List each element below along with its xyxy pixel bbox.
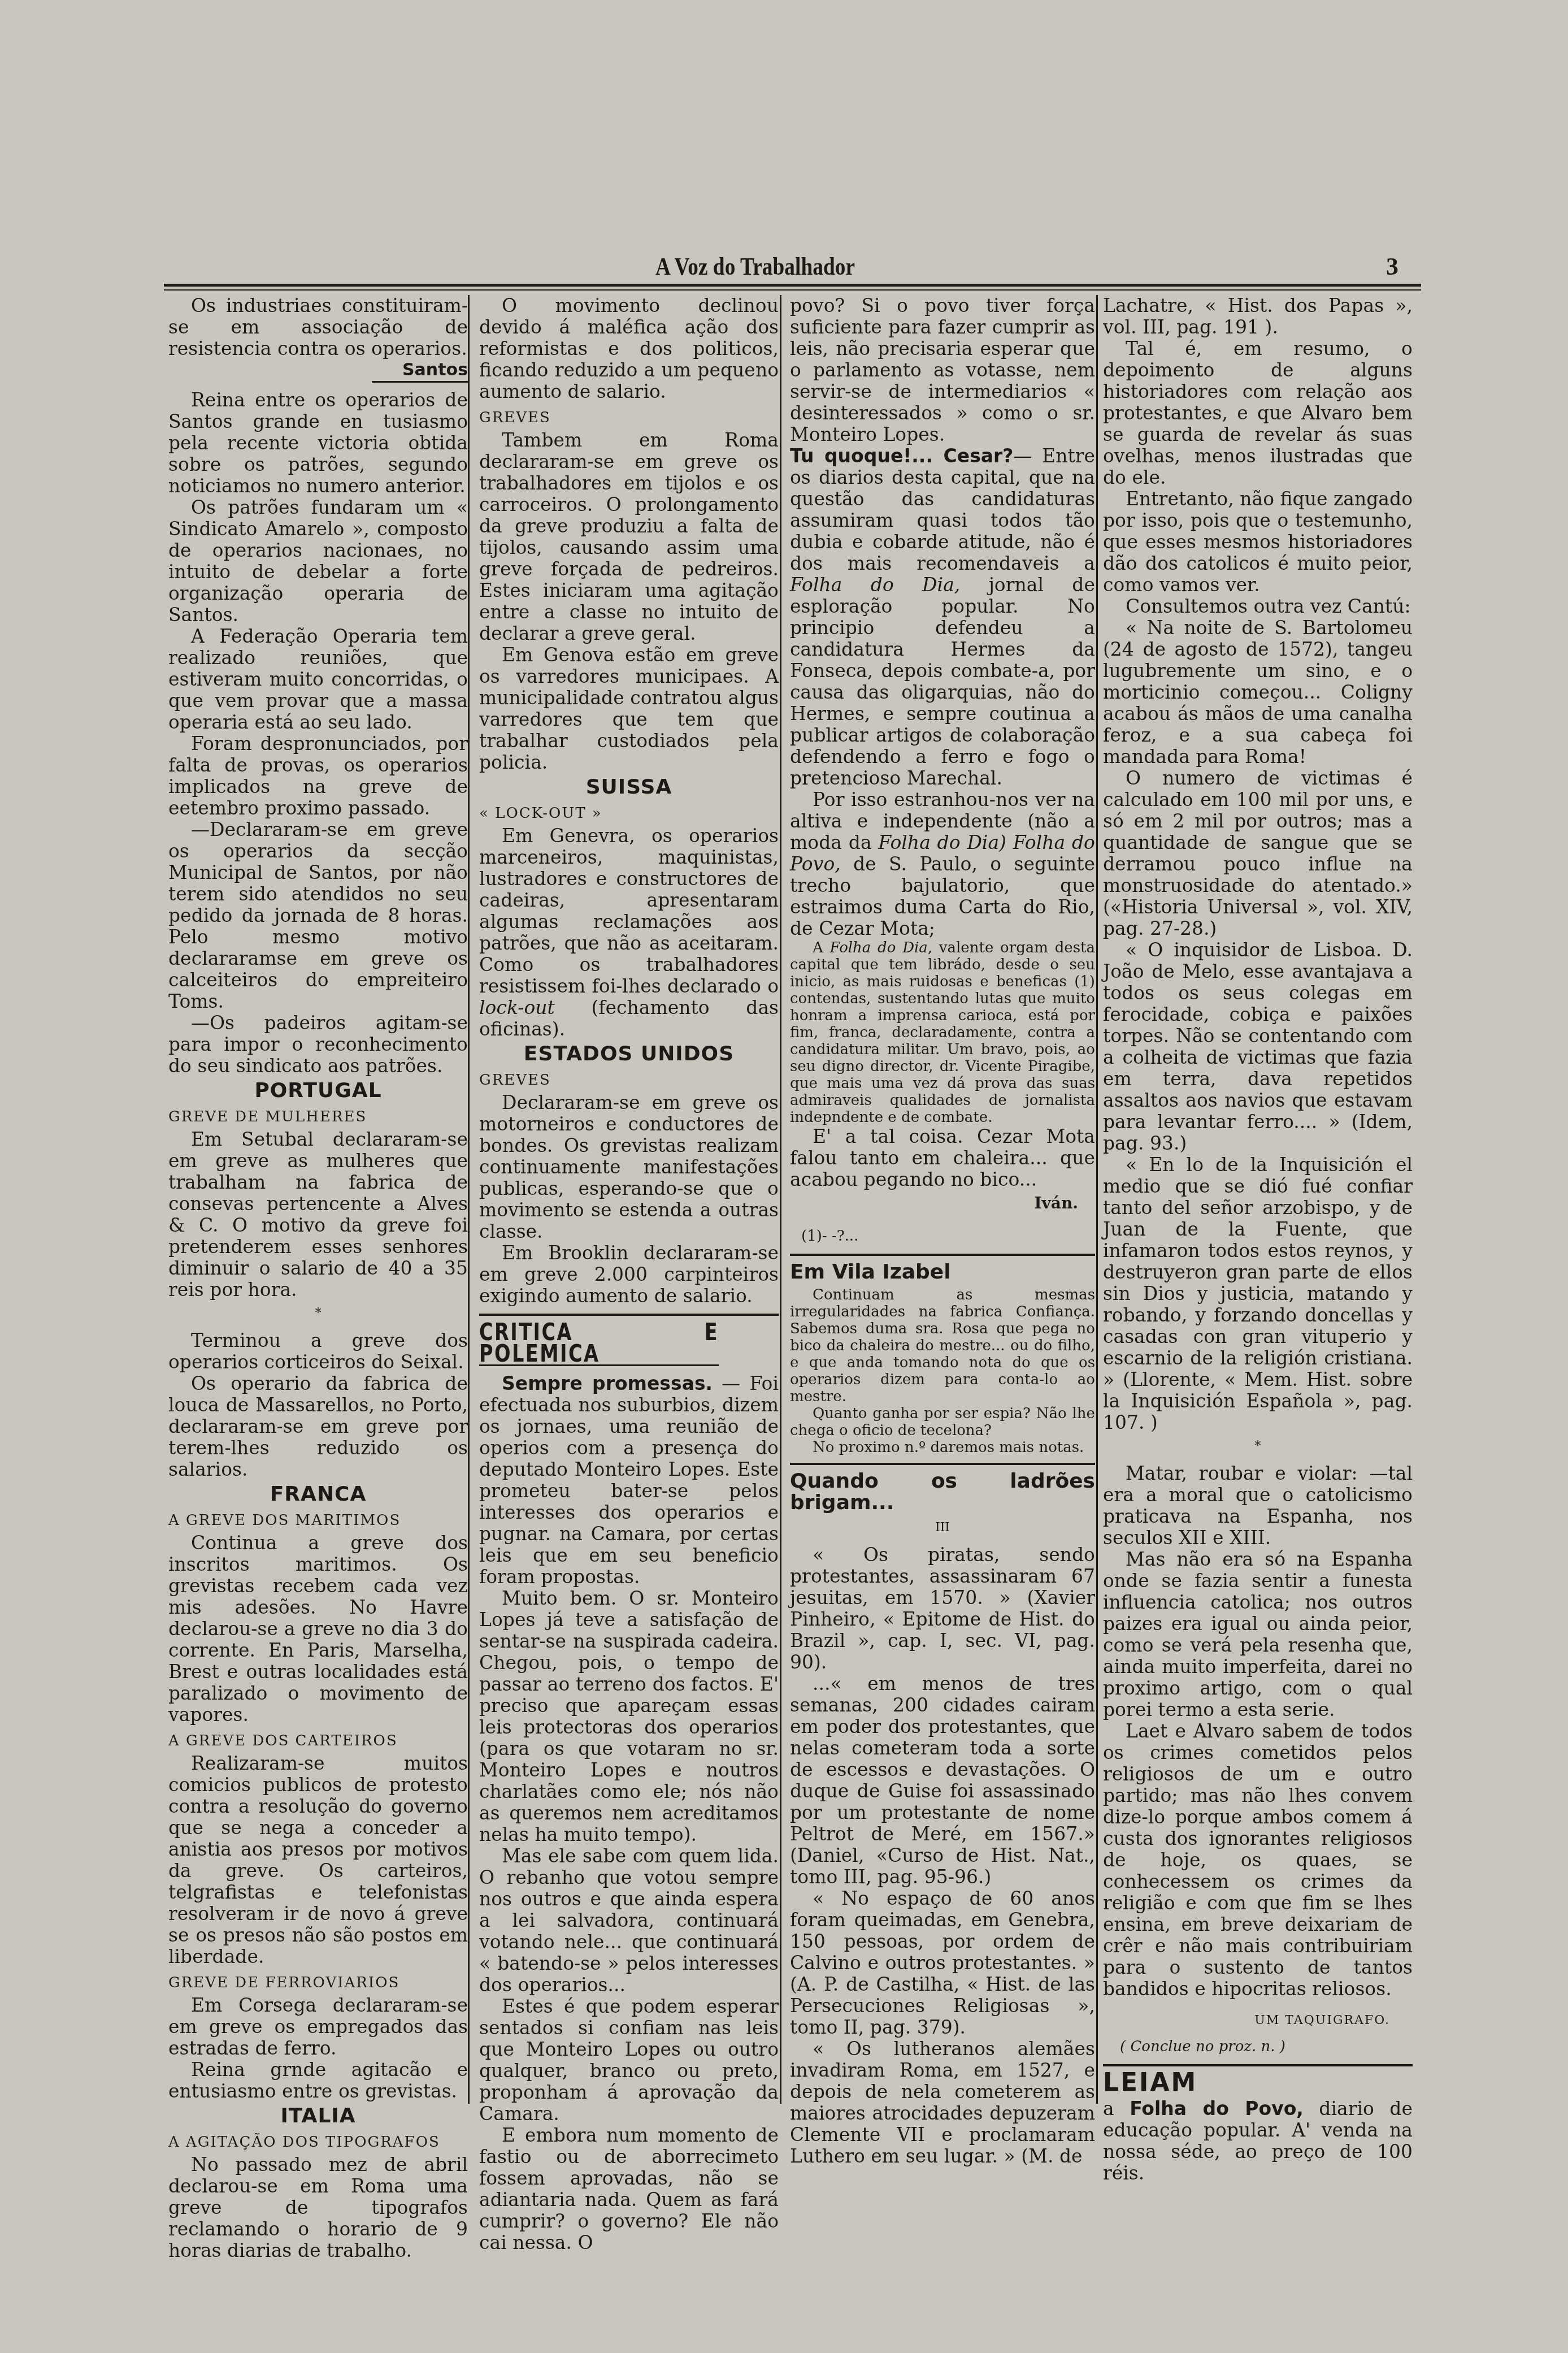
paragraph: « En lo de la Inquisición el medio que s… <box>1103 1154 1413 1433</box>
paragraph: Em Setubal declararam-se em greve as mul… <box>168 1129 468 1301</box>
article-title-vila-izabel: Em Vila Izabel <box>790 1262 1095 1283</box>
paragraph: O numero de victimas é calculado em 100 … <box>1103 768 1413 939</box>
newspaper-page: A Voz do Trabalhador 3 Os industriaes co… <box>164 249 1421 2114</box>
paragraph: « No espaço de 60 anos foram queimadas, … <box>790 1888 1095 2038</box>
text-run: A <box>813 939 830 956</box>
star-divider: * <box>1103 1436 1413 1457</box>
section-rule <box>790 1463 1095 1465</box>
paragraph: Tal é, em resumo, o depoimento de alguns… <box>1103 338 1413 488</box>
paragraph: O movimento declinou devido á maléfica a… <box>479 295 779 402</box>
paragraph: Em Genevra, os operarios marceneiros, ma… <box>479 825 779 1040</box>
paragraph: povo? Si o povo tiver força suficiente p… <box>790 295 1095 445</box>
paragraph: Declararam-se em greve os motorneiros e … <box>479 1092 779 1242</box>
column-2: O movimento declinou devido á maléfica a… <box>479 295 779 2254</box>
paragraph: No proximo n.º daremos mais notas. <box>790 1439 1095 1456</box>
publication-name: Folha do Povo, <box>1130 2098 1304 2120</box>
column-divider <box>780 295 781 2104</box>
paragraph: Mas ele sabe com quem lida. O rebanho qu… <box>479 1845 779 1996</box>
section-heading-santos: Santos <box>372 359 468 383</box>
masthead-rule-thin <box>164 289 1421 291</box>
ad-title-leiam: LEIAM <box>1103 2072 1413 2094</box>
italic-term: lock-out <box>479 996 555 1019</box>
star-divider: * <box>168 1303 468 1324</box>
paragraph: Os industriaes constituiram-se em associ… <box>168 295 468 359</box>
paragraph: Os patrões fundaram um « Sindicato Amare… <box>168 497 468 626</box>
paragraph: Estes é que podem esperar sentados si co… <box>479 1996 779 2125</box>
text-run: — Foi efectuada nos suburbios, dizem os … <box>479 1372 779 1588</box>
subheading: GREVES <box>479 407 779 428</box>
footnote: (1)- -?... <box>801 1225 1095 1247</box>
paragraph: Lachatre, « Hist. dos Papas », vol. III,… <box>1103 295 1413 338</box>
text-run: jornal de esploração popular. No princip… <box>790 574 1095 789</box>
subheading: GREVES <box>479 1069 779 1091</box>
paragraph: Em Brooklin declararam-se em greve 2.000… <box>479 1242 779 1307</box>
text-run: Em Genevra, os operarios marceneiros, ma… <box>479 825 779 997</box>
paragraph: Sempre promessas. — Foi efectuada nos su… <box>479 1373 779 1588</box>
paragraph: Consultemos outra vez Cantú: <box>1103 596 1413 617</box>
country-heading-portugal: PORTUGAL <box>168 1080 468 1102</box>
paragraph: Tu quoque!... Cesar?— Entre os diarios d… <box>790 445 1095 789</box>
paragraph: Por isso estranhou-nos ver na altiva e i… <box>790 789 1095 939</box>
text-run: a <box>1103 2098 1130 2120</box>
article-title-ladroes: Quando os ladrões brigam... <box>790 1471 1095 1514</box>
paragraph: « O inquisidor de Lisboa. D. João de Mel… <box>1103 939 1413 1154</box>
paragraph: E embora num momento de fastio ou de abo… <box>479 2125 779 2254</box>
paragraph: Continuam as mesmas irregularidades na f… <box>790 1286 1095 1405</box>
paragraph: « Os piratas, sendo protestantes, assass… <box>790 1544 1095 1673</box>
subheading: A GREVE DOS MARITIMOS <box>168 1510 468 1531</box>
paragraph: Terminou a greve dos operarios corticeir… <box>168 1330 468 1373</box>
paragraph: Reina entre os operarios de Santos grand… <box>168 389 468 497</box>
paragraph: Muito bem. O sr. Monteiro Lopes já teve … <box>479 1588 779 1845</box>
section-title-critica: CRITICA E POLEMICA <box>479 1321 719 1366</box>
paragraph: Em Genova estão em greve os varredores m… <box>479 644 779 773</box>
subheading: GREVE DE MULHERES <box>168 1106 468 1128</box>
paragraph: —Os padeiros agitam-se para impor o reco… <box>168 1012 468 1077</box>
paragraph: Realizaram-se muitos comicios publicos d… <box>168 1753 468 1968</box>
paragraph: No passado mez de abril declarou-se em R… <box>168 2154 468 2261</box>
paragraph: Mas não era só na Espanha onde se fazia … <box>1103 1549 1413 1721</box>
paragraph: Entretanto, não fique zangado por isso, … <box>1103 488 1413 596</box>
masthead-rule <box>164 284 1421 287</box>
signature: Iván. <box>790 1193 1078 1214</box>
paragraph: Quanto ganha por ser espia? Não lhe cheg… <box>790 1405 1095 1439</box>
section-rule <box>1103 2064 1413 2066</box>
country-heading-estados-unidos: ESTADOS UNIDOS <box>479 1043 779 1065</box>
subheading: A GREVE DOS CARTEIROS <box>168 1730 468 1752</box>
paragraph: « Os lutheranos alemães invadiram Roma, … <box>790 2038 1095 2167</box>
paragraph: Foram despronunciados, por falta de prov… <box>168 733 468 819</box>
part-number: III <box>790 1517 1095 1539</box>
newspaper-title: A Voz do Trabalhador <box>655 252 855 281</box>
paragraph: Continua a greve dos inscritos maritimos… <box>168 1532 468 1726</box>
paragraph: Laet e Alvaro sabem de todos os crimes c… <box>1103 1721 1413 2000</box>
advertisement-text: a Folha do Povo, diario de educação popu… <box>1103 2098 1413 2184</box>
paragraph: E' a tal coisa. Cezar Mota falou tanto e… <box>790 1126 1095 1190</box>
italic-term: Folha do Dia, <box>790 574 960 596</box>
paragraph: Tambem em Roma declararam-se em greve os… <box>479 430 779 644</box>
paragraph: Reina grnde agitacão e entusiasmo entre … <box>168 2059 468 2102</box>
paragraph: —Declararam-se em greve os operarios da … <box>168 819 468 1012</box>
column-3: povo? Si o povo tiver força suficiente p… <box>790 295 1095 2167</box>
column-divider <box>1096 295 1098 2104</box>
country-heading-suissa: SUISSA <box>479 777 779 798</box>
page-number: 3 <box>1386 252 1398 281</box>
text-run: , valente orgam desta capital que tem li… <box>790 939 1095 1126</box>
signature: UM TAQUIGRAFO. <box>1103 2010 1390 2031</box>
paragraph: « Na noite de S. Bartolomeu (24 de agost… <box>1103 617 1413 768</box>
column-divider <box>468 295 470 2104</box>
paragraph: A Federação Operaria tem realizado reuni… <box>168 626 468 733</box>
column-4: Lachatre, « Hist. dos Papas », vol. III,… <box>1103 295 1413 2184</box>
subheading: GREVE DE FERROVIARIOS <box>168 1972 468 1994</box>
section-rule <box>790 1254 1095 1256</box>
country-heading-franca: FRANCA <box>168 1484 468 1505</box>
continuation-note: ( Conclue no proz. n. ) <box>1120 2036 1413 2057</box>
paragraph: Os operario da fabrica de louca de Massa… <box>168 1373 468 1480</box>
column-1: Os industriaes constituiram-se em associ… <box>168 295 468 2261</box>
section-rule <box>479 1314 779 1316</box>
quoted-excerpt: A Folha do Dia, valente orgam desta capi… <box>790 939 1095 1126</box>
subheading: A AGITAÇÃO DOS TIPOGRAFOS <box>168 2131 468 2153</box>
country-heading-italia: ITALIA <box>168 2105 468 2127</box>
article-lead: Sempre promessas. <box>502 1372 713 1394</box>
paragraph: Matar, roubar e violar: —tal era a moral… <box>1103 1463 1413 1549</box>
paragraph: ...« em menos de tres semanas, 200 cidad… <box>790 1673 1095 1888</box>
paragraph: Em Corsega declararam-se em greve os emp… <box>168 1995 468 2059</box>
italic-term: Folha do Dia <box>830 939 928 956</box>
masthead: A Voz do Trabalhador 3 <box>164 249 1421 281</box>
article-lead: Tu quoque!... Cesar? <box>790 445 1013 467</box>
subheading: « LOCK-OUT » <box>479 803 779 824</box>
